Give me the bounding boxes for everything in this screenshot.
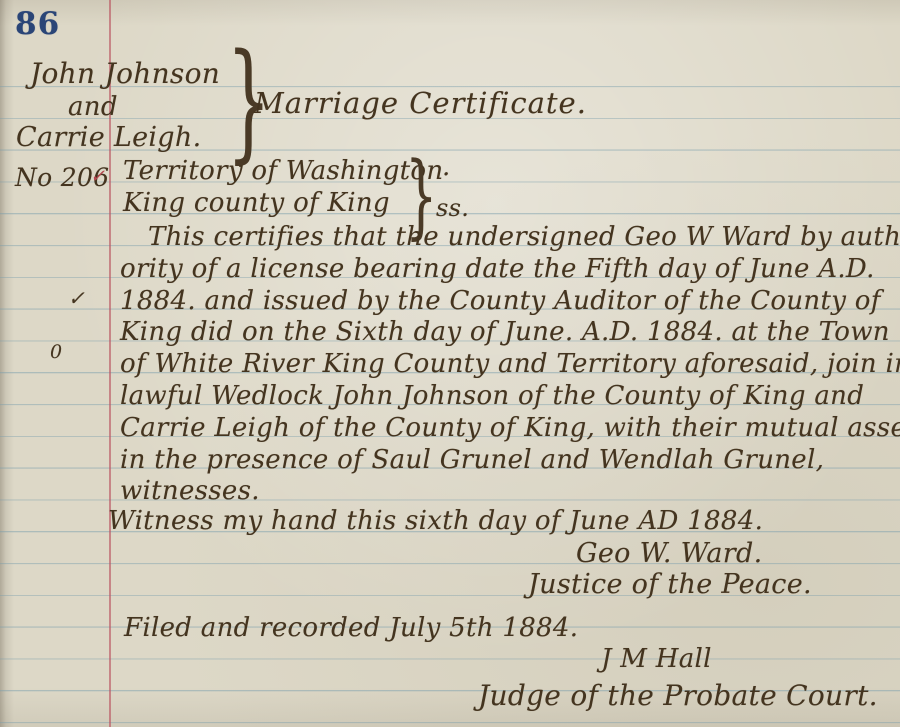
judge-title: Judge of the Probate Court. <box>478 679 878 712</box>
margin-check-icon: ✓ <box>68 286 85 310</box>
bride-name: Carrie Leigh. <box>16 122 201 153</box>
jurisdiction-period: . <box>442 152 451 182</box>
certificate-title: Marriage Certificate. <box>254 86 587 120</box>
officiant-signature: Geo W. Ward. <box>576 538 762 569</box>
body-line: ority of a license bearing date the Fift… <box>120 254 875 284</box>
ledger-page: 86 John Johnson and Carrie Leigh. } Marr… <box>0 0 900 727</box>
page-number: 86 <box>15 6 60 42</box>
body-line: This certifies that the undersigned Geo … <box>148 222 900 252</box>
body-line: in the presence of Saul Grunel and Wendl… <box>120 445 824 475</box>
record-check-icon: ✓ <box>90 166 105 187</box>
conjunction: and <box>68 92 118 122</box>
body-line: 1884. and issued by the County Auditor o… <box>120 286 881 316</box>
body-line: lawful Wedlock John Johnson of the Count… <box>120 381 864 411</box>
judge-signature: J M Hall <box>601 644 712 674</box>
territory-line: Territory of Washington <box>123 156 443 186</box>
filing-statement: Filed and recorded July 5th 1884. <box>124 613 578 643</box>
groom-name: John Johnson <box>30 57 220 90</box>
margin-zero-mark: 0 <box>50 341 62 363</box>
county-line: King county of King <box>123 188 390 218</box>
body-line: King did on the Sixth day of June. A.D. … <box>120 317 890 347</box>
ss-abbreviation: ss. <box>436 194 469 222</box>
body-line: of White River King County and Territory… <box>120 349 900 379</box>
body-line: witnesses. <box>120 476 260 506</box>
body-line: Carrie Leigh of the County of King, with… <box>120 413 900 443</box>
officiant-title: Justice of the Peace. <box>528 569 812 600</box>
witness-statement: Witness my hand this sixth day of June A… <box>108 506 763 536</box>
